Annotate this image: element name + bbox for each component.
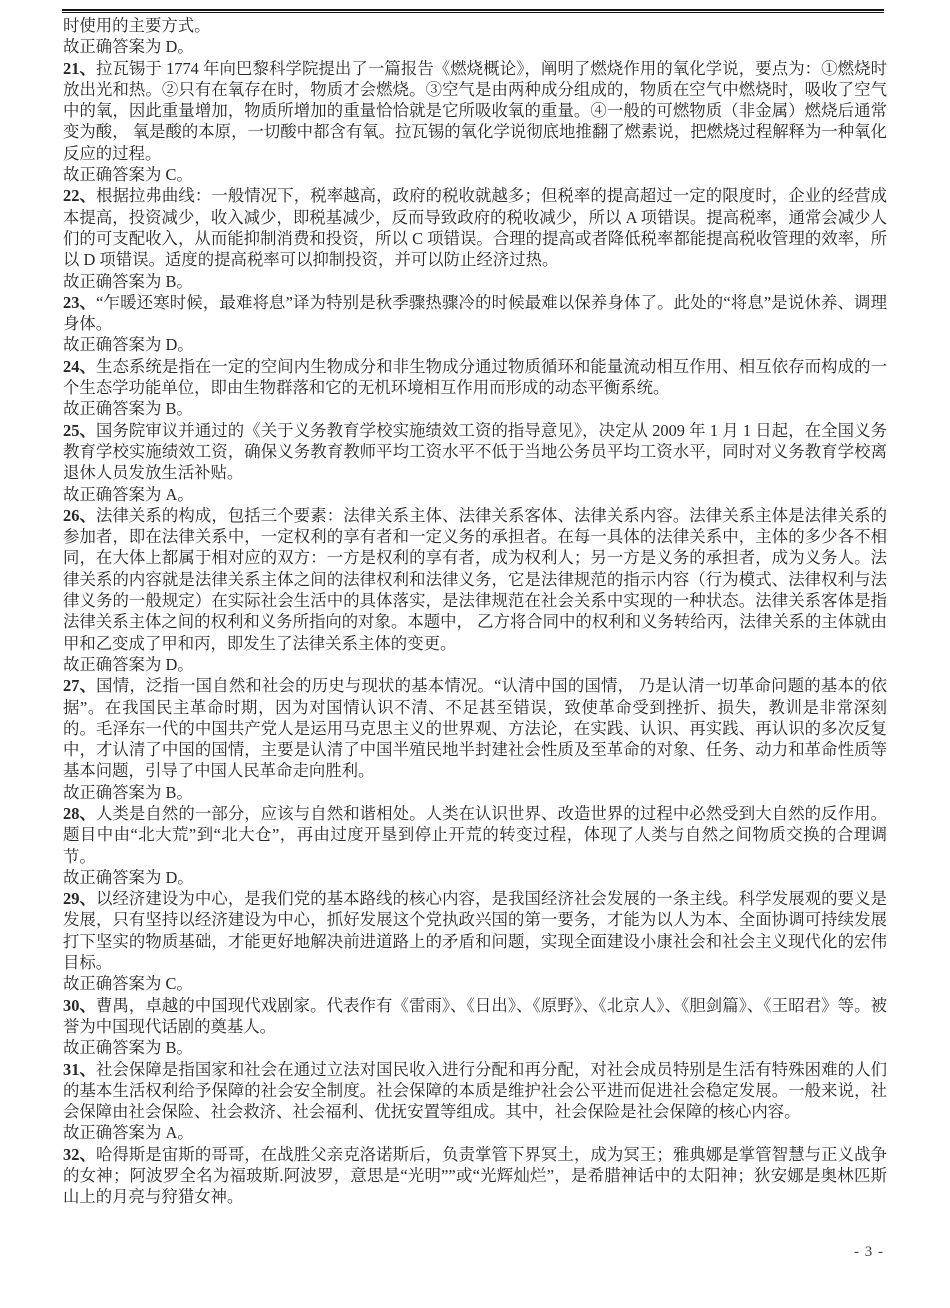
item-answer: 故正确答案为 A。 bbox=[63, 484, 887, 505]
item-text: 国情，泛指一国自然和社会的历史与现状的基本情况。“认清中国的国情， 乃是认清一切… bbox=[63, 676, 887, 780]
item-explanation: 27、国情，泛指一国自然和社会的历史与现状的基本情况。“认清中国的国情， 乃是认… bbox=[63, 675, 887, 781]
item-explanation: 25、国务院审议并通过的《关于义务教育学校实施绩效工资的指导意见》，决定从 20… bbox=[63, 420, 887, 484]
item-number: 23、 bbox=[63, 293, 96, 312]
answer-item-27: 27、国情，泛指一国自然和社会的历史与现状的基本情况。“认清中国的国情， 乃是认… bbox=[63, 675, 887, 803]
item-text: 生态系统是指在一定的空间内生物成分和非生物成分通过物质循环和能量流动相互作用、相… bbox=[63, 357, 887, 397]
item-explanation: 23、“乍暖还寒时候，最难将息”译为特别是秋季骤热骤冷的时候最难以保养身体了。此… bbox=[63, 292, 887, 335]
item-text: 法律关系的构成，包括三个要素：法律关系主体、法律关系客体、法律关系内容。法律关系… bbox=[63, 506, 887, 653]
item-text: 社会保障是指国家和社会在通过立法对国民收入进行分配和再分配，对社会成员特别是生活… bbox=[63, 1060, 887, 1122]
item-text: 拉瓦锡于 1774 年向巴黎科学院提出了一篇报告《燃烧概论》，阐明了燃烧作用的氧… bbox=[63, 59, 887, 163]
item-explanation: 26、法律关系的构成，包括三个要素：法律关系主体、法律关系客体、法律关系内容。法… bbox=[63, 505, 887, 654]
item-text: 根据拉弗曲线：一般情况下，税率越高，政府的税收就越多；但税率的提高超过一定的限度… bbox=[63, 186, 887, 269]
item-number: 26、 bbox=[63, 506, 96, 525]
answer-item-21: 21、拉瓦锡于 1774 年向巴黎科学院提出了一篇报告《燃烧概论》，阐明了燃烧作… bbox=[63, 58, 887, 186]
carryover-text: 时使用的主要方式。 bbox=[63, 15, 887, 36]
item-answer: 故正确答案为 B。 bbox=[63, 1037, 887, 1058]
answer-item-26: 26、法律关系的构成，包括三个要素：法律关系主体、法律关系客体、法律关系内容。法… bbox=[63, 505, 887, 675]
item-number: 28、 bbox=[63, 804, 96, 823]
item-answer: 故正确答案为 B。 bbox=[63, 271, 887, 292]
item-number: 30、 bbox=[63, 996, 96, 1015]
carryover-answer: 故正确答案为 D。 bbox=[63, 36, 887, 57]
item-answer: 故正确答案为 C。 bbox=[63, 973, 887, 994]
item-text: 哈得斯是宙斯的哥哥，在战胜父亲克洛诺斯后，负责掌管下界冥土，成为冥王；雅典娜是掌… bbox=[63, 1145, 887, 1207]
answer-item-29: 29、以经济建设为中心，是我们党的基本路线的核心内容，是我国经济社会发展的一条主… bbox=[63, 888, 887, 994]
item-explanation: 21、拉瓦锡于 1774 年向巴黎科学院提出了一篇报告《燃烧概论》，阐明了燃烧作… bbox=[63, 58, 887, 164]
item-explanation: 22、根据拉弗曲线：一般情况下，税率越高，政府的税收就越多；但税率的提高超过一定… bbox=[63, 185, 887, 270]
item-answer: 故正确答案为 B。 bbox=[63, 782, 887, 803]
item-explanation: 24、生态系统是指在一定的空间内生物成分和非生物成分通过物质循环和能量流动相互作… bbox=[63, 356, 887, 399]
page-number: - 3 - bbox=[63, 1243, 884, 1261]
item-text: 国务院审议并通过的《关于义务教育学校实施绩效工资的指导意见》，决定从 2009 … bbox=[63, 421, 887, 483]
item-answer: 故正确答案为 C。 bbox=[63, 164, 887, 185]
item-number: 21、 bbox=[63, 59, 96, 78]
item-answer: 故正确答案为 A。 bbox=[63, 1122, 887, 1143]
item-text: “乍暖还寒时候，最难将息”译为特别是秋季骤热骤冷的时候最难以保养身体了。此处的“… bbox=[63, 293, 887, 333]
item-explanation: 30、曹禺，卓越的中国现代戏剧家。代表作有《雷雨》、《日出》、《原野》、《北京人… bbox=[63, 995, 887, 1038]
answer-item-23: 23、“乍暖还寒时候，最难将息”译为特别是秋季骤热骤冷的时候最难以保养身体了。此… bbox=[63, 292, 887, 356]
answer-item-25: 25、国务院审议并通过的《关于义务教育学校实施绩效工资的指导意见》，决定从 20… bbox=[63, 420, 887, 505]
item-answer: 故正确答案为 D。 bbox=[63, 654, 887, 675]
answer-item-28: 28、人类是自然的一部分，应该与自然和谐相处。人类在认识世界、改造世界的过程中必… bbox=[63, 803, 887, 888]
item-explanation: 29、以经济建设为中心，是我们党的基本路线的核心内容，是我国经济社会发展的一条主… bbox=[63, 888, 887, 973]
answer-item-31: 31、社会保障是指国家和社会在通过立法对国民收入进行分配和再分配，对社会成员特别… bbox=[63, 1059, 887, 1144]
item-text: 人类是自然的一部分，应该与自然和谐相处。人类在认识世界、改造世界的过程中必然受到… bbox=[63, 804, 887, 866]
item-number: 25、 bbox=[63, 421, 96, 440]
item-number: 22、 bbox=[63, 186, 96, 205]
item-answer: 故正确答案为 B。 bbox=[63, 398, 887, 419]
item-number: 24、 bbox=[63, 357, 96, 376]
item-explanation: 28、人类是自然的一部分，应该与自然和谐相处。人类在认识世界、改造世界的过程中必… bbox=[63, 803, 887, 867]
item-answer: 故正确答案为 D。 bbox=[63, 334, 887, 355]
item-explanation: 31、社会保障是指国家和社会在通过立法对国民收入进行分配和再分配，对社会成员特别… bbox=[63, 1059, 887, 1123]
answer-item-22: 22、根据拉弗曲线：一般情况下，税率越高，政府的税收就越多；但税率的提高超过一定… bbox=[63, 185, 887, 291]
item-number: 32、 bbox=[63, 1145, 96, 1164]
item-answer: 故正确答案为 D。 bbox=[63, 867, 887, 888]
item-number: 29、 bbox=[63, 889, 96, 908]
document-body: 时使用的主要方式。 故正确答案为 D。 21、拉瓦锡于 1774 年向巴黎科学院… bbox=[63, 15, 887, 1208]
item-text: 曹禺，卓越的中国现代戏剧家。代表作有《雷雨》、《日出》、《原野》、《北京人》、《… bbox=[63, 996, 887, 1036]
answer-item-32: 32、哈得斯是宙斯的哥哥，在战胜父亲克洛诺斯后，负责掌管下界冥土，成为冥王；雅典… bbox=[63, 1144, 887, 1208]
answer-item-30: 30、曹禺，卓越的中国现代戏剧家。代表作有《雷雨》、《日出》、《原野》、《北京人… bbox=[63, 995, 887, 1059]
answer-item-24: 24、生态系统是指在一定的空间内生物成分和非生物成分通过物质循环和能量流动相互作… bbox=[63, 356, 887, 420]
item-explanation: 32、哈得斯是宙斯的哥哥，在战胜父亲克洛诺斯后，负责掌管下界冥土，成为冥王；雅典… bbox=[63, 1144, 887, 1208]
item-number: 27、 bbox=[63, 676, 96, 695]
header-divider bbox=[62, 9, 884, 13]
item-number: 31、 bbox=[63, 1060, 96, 1079]
item-text: 以经济建设为中心，是我们党的基本路线的核心内容，是我国经济社会发展的一条主线。科… bbox=[63, 889, 887, 972]
